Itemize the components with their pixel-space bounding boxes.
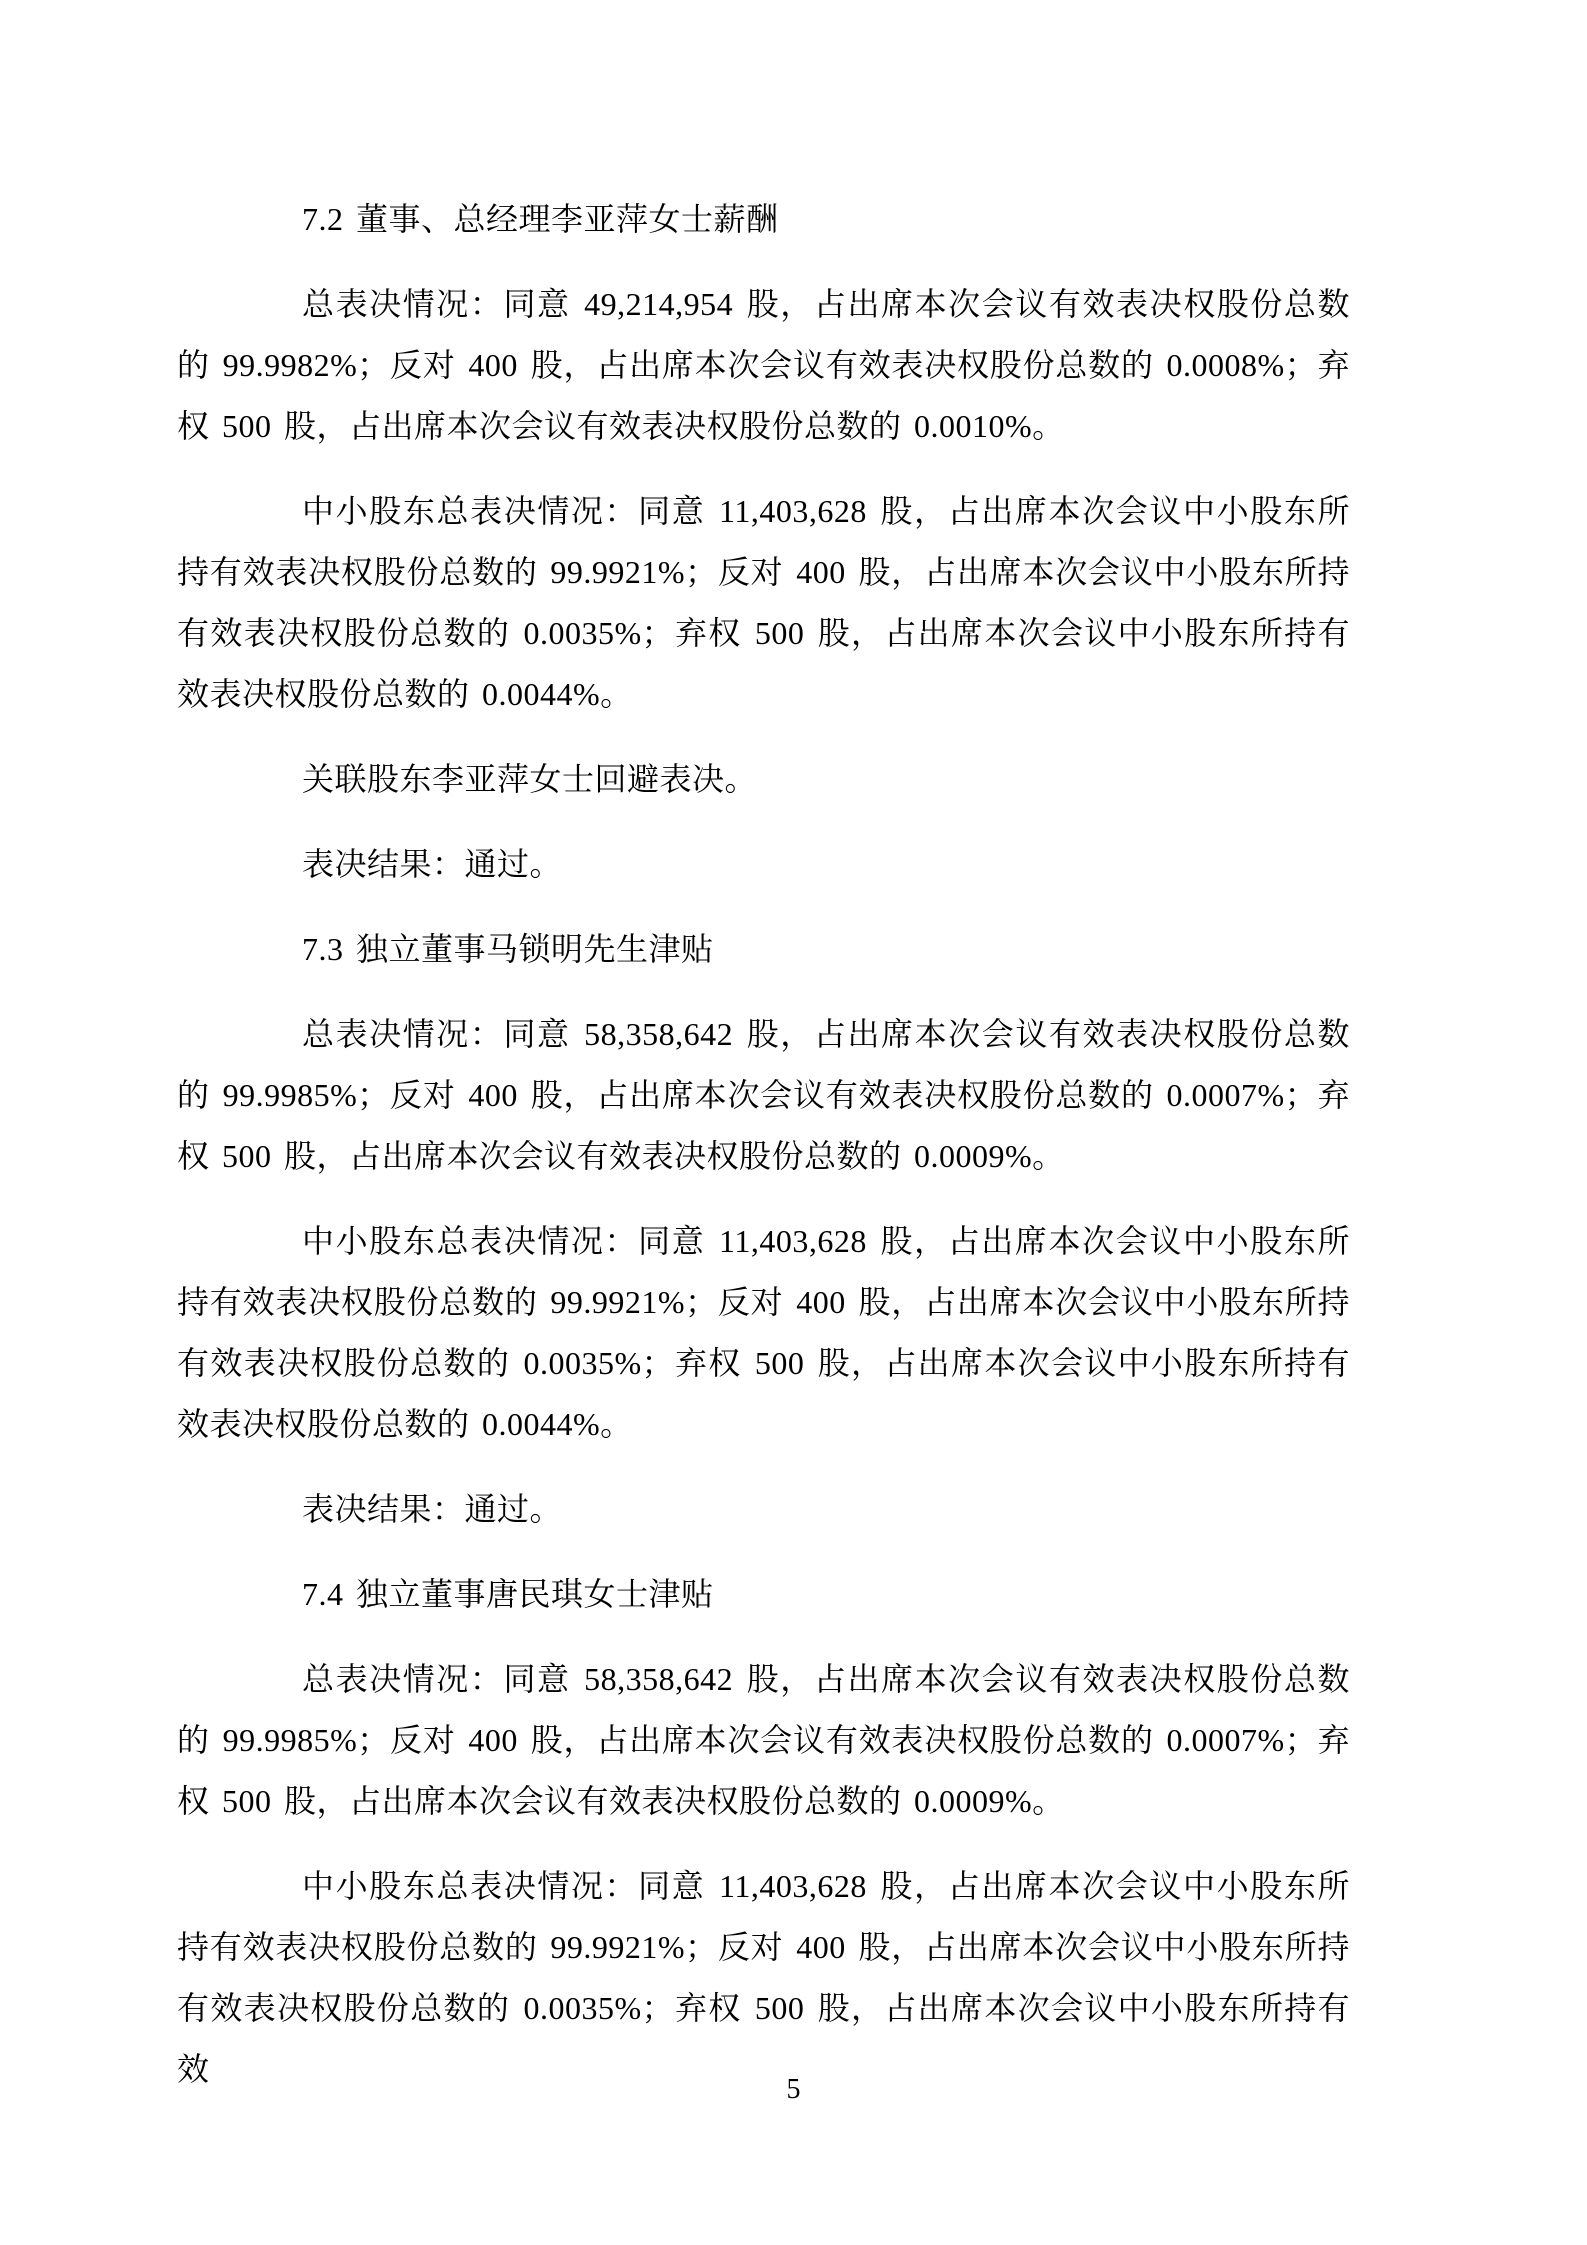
section-7-2-result-paragraph: 表决结果：通过。: [177, 834, 1350, 895]
section-7-4-heading: 7.4 独立董事唐民琪女士津贴: [177, 1564, 1350, 1625]
section-7-4-minority-vote-paragraph-truncated: 中小股东总表决情况：同意 11,403,628 股，占出席本次会议中小股东所持有…: [177, 1856, 1350, 2100]
section-7-3-heading: 7.3 独立董事马锁明先生津贴: [177, 919, 1350, 980]
section-7-2-total-vote-paragraph: 总表决情况：同意 49,214,954 股，占出席本次会议有效表决权股份总数的 …: [177, 274, 1350, 457]
section-7-2-minority-vote-paragraph: 中小股东总表决情况：同意 11,403,628 股，占出席本次会议中小股东所持有…: [177, 481, 1350, 725]
section-7-2-abstention-note-paragraph: 关联股东李亚萍女士回避表决。: [177, 749, 1350, 810]
section-7-3-total-vote-paragraph: 总表决情况：同意 58,358,642 股，占出席本次会议有效表决权股份总数的 …: [177, 1004, 1350, 1187]
section-7-3-minority-vote-paragraph: 中小股东总表决情况：同意 11,403,628 股，占出席本次会议中小股东所持有…: [177, 1211, 1350, 1455]
document-content: 7.2 董事、总经理李亚萍女士薪酬 总表决情况：同意 49,214,954 股，…: [177, 189, 1350, 2100]
section-7-2-heading: 7.2 董事、总经理李亚萍女士薪酬: [177, 189, 1350, 250]
section-7-3-result-paragraph: 表决结果：通过。: [177, 1479, 1350, 1540]
section-7-4-total-vote-paragraph: 总表决情况：同意 58,358,642 股，占出席本次会议有效表决权股份总数的 …: [177, 1649, 1350, 1832]
document-page: 7.2 董事、总经理李亚萍女士薪酬 总表决情况：同意 49,214,954 股，…: [0, 0, 1587, 2245]
page-number: 5: [0, 2072, 1587, 2108]
